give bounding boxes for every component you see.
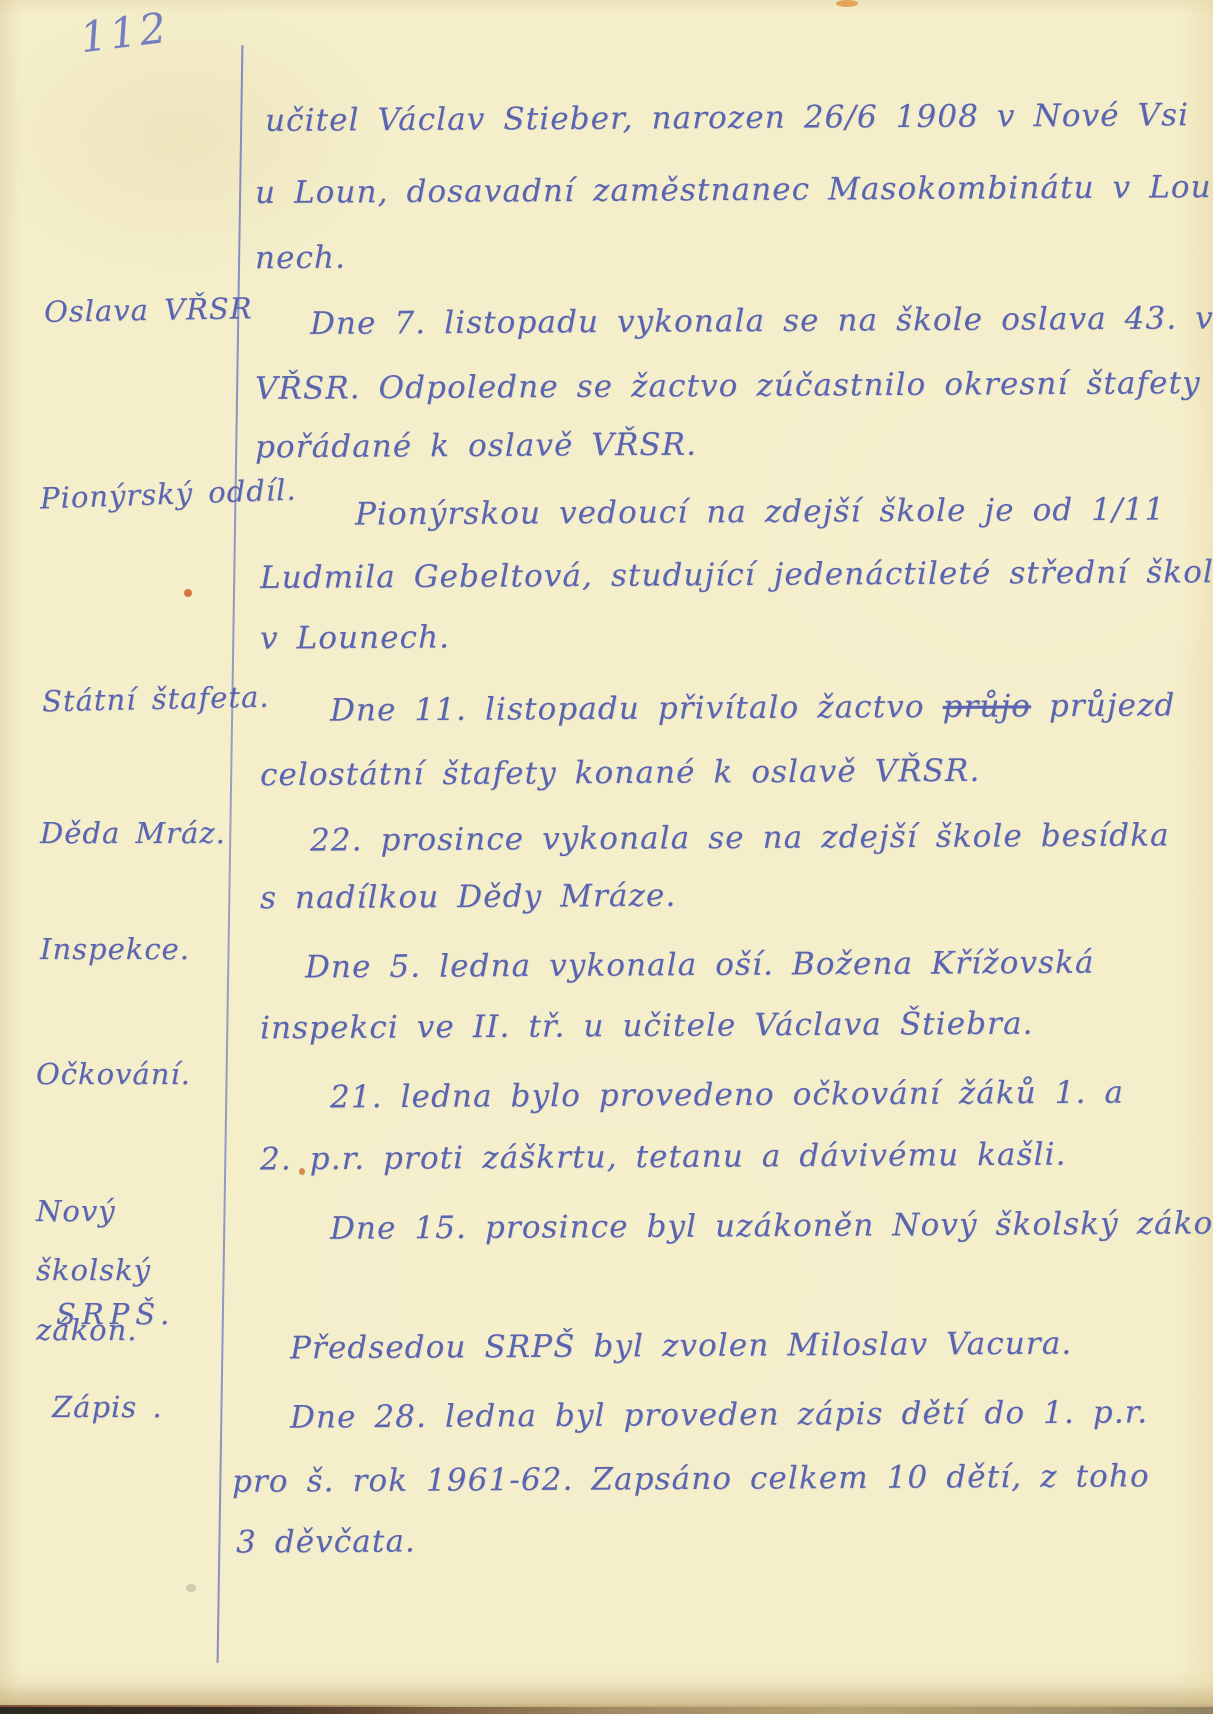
text-line: 3 děvčata.	[236, 1523, 416, 1560]
text-line: u Loun, dosavadní zaměstnanec Masokombin…	[255, 169, 1213, 211]
text-line: 22. prosince vykonala se na zdejší škole…	[310, 817, 1170, 858]
text-line: Dne 28. ledna byl proveden zápis dětí do…	[290, 1394, 1148, 1435]
text-line: VŘSR. Odpoledne se žactvo zúčastnilo okr…	[255, 365, 1201, 407]
text-line: 2. p.r. proti záškrtu, tetanu a dávivému…	[260, 1137, 1067, 1178]
text-line: učitel Václav Stieber, narozen 26/6 1908…	[265, 97, 1189, 139]
paper-stain	[836, 0, 858, 7]
margin-label-inspekce: Inspekce.	[40, 932, 190, 966]
text-line: nech.	[255, 240, 346, 277]
margin-label-pionyrsky-oddil: Pionýrský oddíl.	[39, 473, 297, 516]
text-line: Ludmila Gebeltová, studující jedenáctile…	[260, 554, 1213, 596]
text-line: v Lounech.	[260, 619, 450, 656]
text-line: s nadílkou Dědy Mráze.	[260, 878, 677, 917]
chronicle-page: 112 Oslava VŘSR Pionýrský oddíl. Státní …	[0, 0, 1213, 1714]
margin-label-novy-skolsky-zakon: Nový školský zákon.	[36, 1182, 226, 1360]
text-line: pro š. rok 1961-62. Zapsáno celkem 10 dě…	[232, 1458, 1150, 1500]
paper-stain	[184, 589, 192, 597]
text-segment: Dne 11. listopadu přivítalo žactvo	[330, 689, 925, 729]
margin-label-statni-stafeta: Státní štafeta.	[42, 680, 270, 719]
text-line: Dne 5. ledna vykonala oší. Božena Křížov…	[305, 945, 1095, 986]
text-line: Dne 7. listopadu vykonala se na škole os…	[310, 300, 1213, 342]
paper-stain	[186, 1584, 196, 1592]
margin-rule	[217, 45, 244, 1663]
text-line: celostátní štafety konané k oslavě VŘSR.	[260, 753, 981, 793]
text-line: Dne 11. listopadu přivítalo žactvo průjo…	[330, 687, 1176, 728]
margin-label-oslava-vrsr: Oslava VŘSR	[44, 291, 253, 329]
text-line: inspekci ve II. tř. u učitele Václava Št…	[260, 1006, 1034, 1047]
page-bottom-edge	[0, 1707, 1213, 1714]
paper-stain	[299, 1168, 305, 1175]
margin-label-deda-mraz: Děda Mráz.	[40, 816, 226, 850]
margin-label-srps: SRPŠ.	[56, 1297, 175, 1331]
text-line: Předsedou SRPŠ byl zvolen Miloslav Vacur…	[290, 1326, 1073, 1367]
margin-label-zapis: Zápis .	[52, 1390, 163, 1424]
margin-label-ockovani: Očkování.	[36, 1057, 191, 1091]
text-segment: průjezd	[1049, 687, 1176, 724]
page-number: 112	[77, 3, 171, 63]
text-line: Dne 15. prosince byl uzákoněn Nový škols…	[330, 1205, 1213, 1247]
text-line: 21. ledna bylo provedeno očkování žáků 1…	[330, 1075, 1124, 1116]
struck-word: průjo	[942, 688, 1031, 725]
text-line: pořádané k oslavě VŘSR.	[255, 427, 697, 466]
text-line: Pionýrskou vedoucí na zdejší škole je od…	[355, 492, 1165, 533]
